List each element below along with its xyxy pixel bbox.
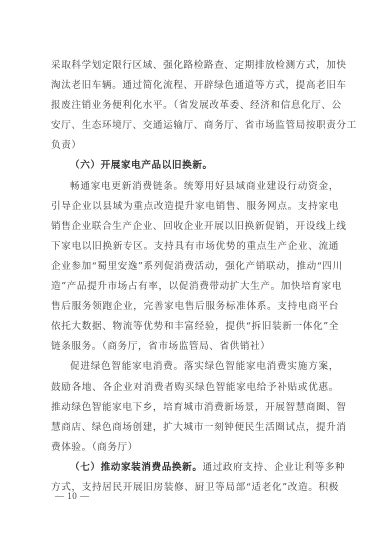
section-heading-six: （六）开展家电产品以旧换新。 bbox=[51, 156, 339, 176]
body-text-line: 报废注销业务便利化水平。（省发展改革委、经济和信息化厅、公 bbox=[51, 96, 339, 116]
body-text-line: 销售企业联合生产企业、回收企业开展以旧换新促销，开设线上线 bbox=[51, 217, 339, 237]
body-text-line: 售后服务领跑企业，完善家电售后服务标准体系。支持电商平台 bbox=[51, 297, 339, 317]
body-text-line: 费体验。（商务厅） bbox=[51, 438, 339, 458]
body-text-line: 造”产品提升市场占有率，以促消费带动扩大生产。加快培育家电 bbox=[51, 277, 339, 297]
body-text-line: 引导企业以县域为重点改造提升家电销售、服务网点。支持家电 bbox=[51, 197, 339, 217]
body-text-line: 负责） bbox=[51, 136, 339, 156]
body-text-line: 慧商店、绿色商场创建，扩大城市一刻钟便民生活圈试点，提升消 bbox=[51, 418, 339, 438]
body-text-line: 依托大数据、物流等优势和丰富经验，提供“拆旧装新一体化”全 bbox=[51, 317, 339, 337]
section-seven-text: 通过政府支持、企业让利等多种 bbox=[203, 462, 346, 473]
body-text-line: 下家电以旧换新专区。支持具有市场优势的重点生产企业、流通 bbox=[51, 237, 339, 257]
body-text-line: 推动绿色智能家电下乡，培育城市消费新场景，开展智慧商圈、智 bbox=[51, 398, 339, 418]
body-text-line: 方式，支持居民开展旧房装修、厨卫等局部“适老化”改造。积极 bbox=[51, 478, 339, 498]
body-text-line: 链条服务。（商务厅，省市场监管局、省供销社） bbox=[51, 337, 339, 357]
section-heading-seven-line: （七）推动家装消费品换新。通过政府支持、企业让利等多种 bbox=[51, 458, 339, 478]
document-page: 采取科学划定限行区域、强化路检路查、定期排放检测方式，加快 淘汰老旧车辆。通过简… bbox=[51, 56, 339, 498]
body-text-line: 安厅、生态环境厅、交通运输厅、商务厅、省市场监管局按职责分工 bbox=[51, 116, 339, 136]
paragraph-start-line: 畅通家电更新消费链条。统筹用好县域商业建设行动资金， bbox=[51, 177, 339, 197]
body-text-line: 采取科学划定限行区域、强化路检路查、定期排放检测方式，加快 bbox=[51, 56, 339, 76]
section-heading-seven: （七）推动家装消费品换新。 bbox=[70, 462, 203, 473]
page-number: — 10 — bbox=[55, 491, 90, 501]
body-text-line: 鼓励各地、各企业对消费者购买绿色智能家电给予补贴或优惠。 bbox=[51, 378, 339, 398]
paragraph-start-line: 促进绿色智能家电消费。落实绿色智能家电消费实施方案， bbox=[51, 357, 339, 377]
body-text-line: 企业参加“蜀里安逸”系列促消费活动，强化产销联动，推动“四川 bbox=[51, 257, 339, 277]
body-text-line: 淘汰老旧车辆。通过简化流程、开辟绿色通道等方式，提高老旧车 bbox=[51, 76, 339, 96]
